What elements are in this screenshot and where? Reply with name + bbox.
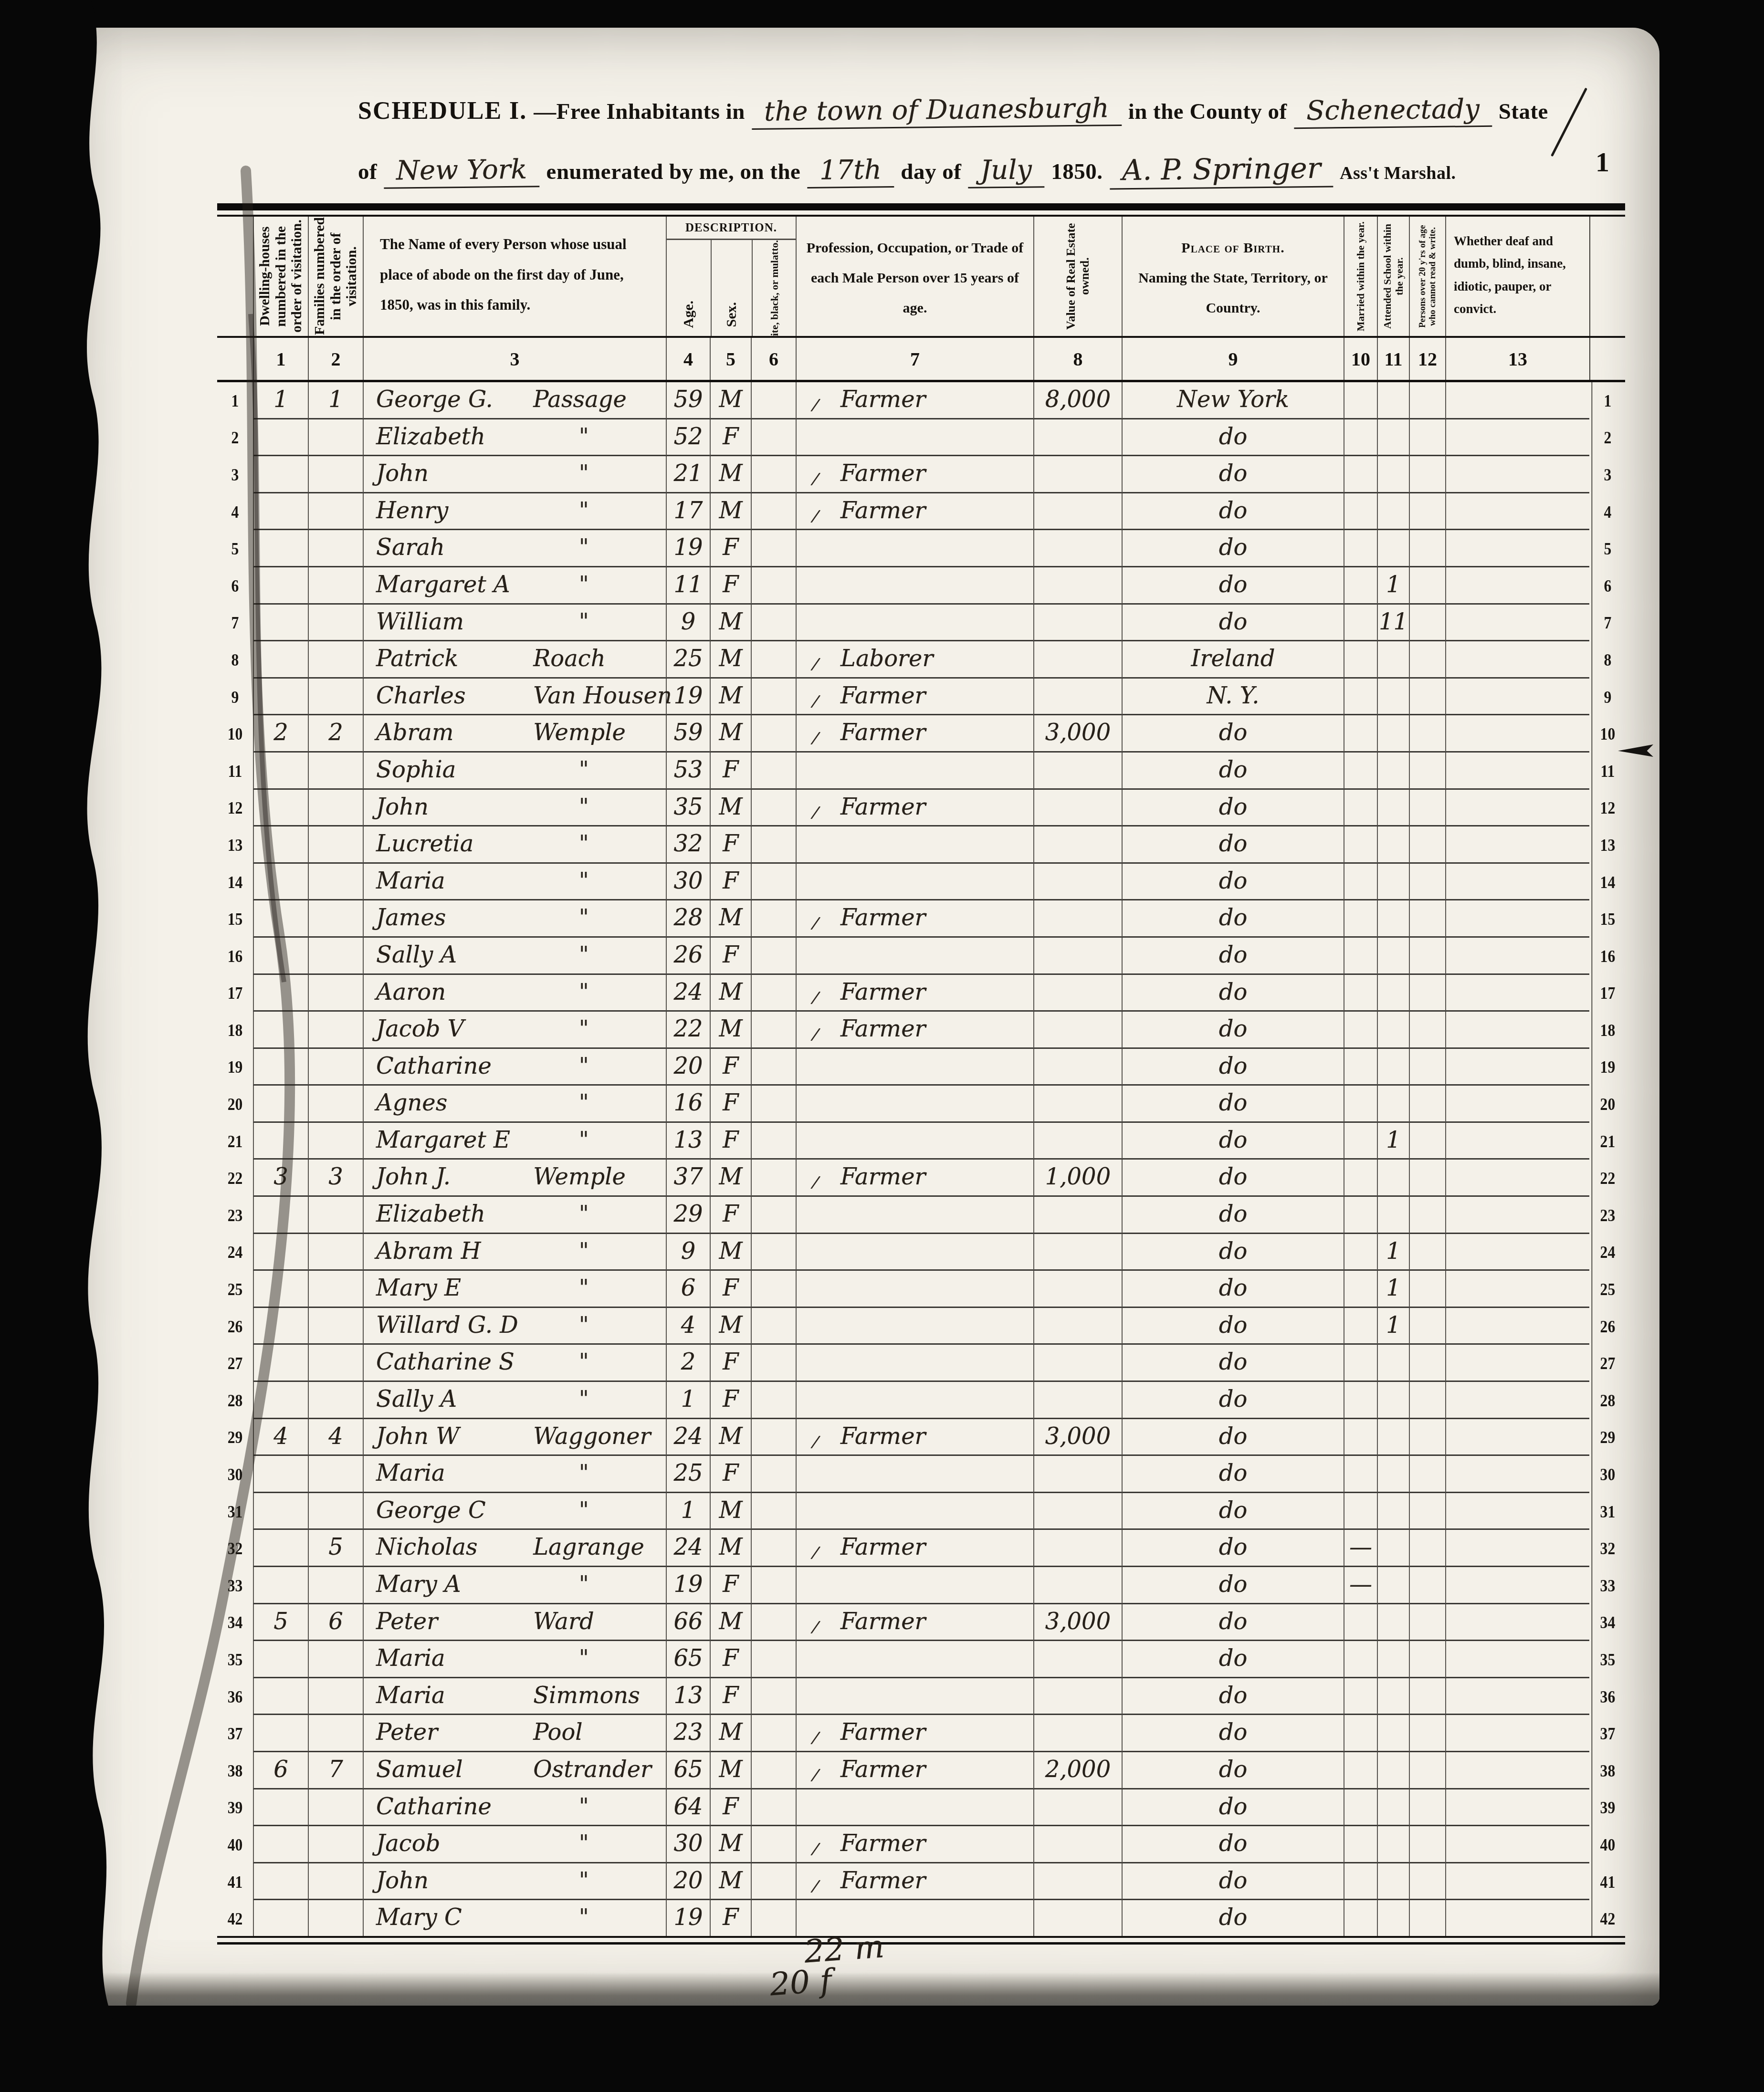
- row-number-right: 20: [1592, 1086, 1623, 1123]
- dwelling-number: 5: [253, 1604, 308, 1642]
- given-name: Catharine: [364, 1789, 533, 1825]
- birthplace-value: do: [1122, 1567, 1344, 1604]
- name-cell: Willard G. D ": [363, 1308, 666, 1345]
- row-number-right: 41: [1592, 1863, 1623, 1901]
- real-estate-value: [1033, 790, 1122, 827]
- color-cell: [751, 1863, 796, 1901]
- table-row: 23 Elizabeth " 29 F do 23: [217, 1197, 1625, 1234]
- family-number: 5: [308, 1530, 363, 1567]
- age-value: 19: [666, 1900, 710, 1937]
- dwelling-number: [253, 1271, 308, 1308]
- occupation-value: [796, 530, 1033, 567]
- condition-cell: [1445, 975, 1589, 1012]
- age-value: 66: [666, 1604, 710, 1642]
- surname: Van Housen: [533, 679, 672, 714]
- illiterate-cell: [1409, 1456, 1445, 1493]
- sex-value: M: [710, 493, 751, 531]
- sex-value: M: [710, 900, 751, 938]
- condition-cell: [1445, 1308, 1589, 1345]
- given-name: Henry: [364, 493, 533, 529]
- occupation-value: [796, 419, 1033, 457]
- illiterate-cell: [1409, 715, 1445, 753]
- dwelling-number: [253, 641, 308, 679]
- family-number: [308, 530, 363, 567]
- occupation-value: [796, 1789, 1033, 1827]
- color-cell: [751, 679, 796, 716]
- birthplace-value: do: [1122, 900, 1344, 938]
- real-estate-value: [1033, 605, 1122, 642]
- surname: ": [533, 938, 666, 973]
- real-estate-value: [1033, 1271, 1122, 1308]
- illiterate-cell: [1409, 1160, 1445, 1197]
- real-estate-value: [1033, 1456, 1122, 1493]
- gutter-num: [217, 338, 253, 380]
- school-mark: [1377, 1641, 1409, 1678]
- family-number: [308, 1567, 363, 1604]
- name-cell: Jacob V ": [363, 1012, 666, 1049]
- col-num-10: 10: [1344, 338, 1377, 380]
- given-name: Margaret E: [364, 1123, 533, 1159]
- married-mark: [1344, 900, 1377, 938]
- school-mark: [1377, 1382, 1409, 1419]
- married-mark: [1344, 1049, 1377, 1086]
- occupation-value: Farmer: [796, 900, 1033, 938]
- married-mark: [1344, 1419, 1377, 1456]
- married-mark: [1344, 1604, 1377, 1642]
- table-row: 14 Maria " 30 F do 14: [217, 864, 1625, 901]
- birthplace-value: do: [1122, 1530, 1344, 1567]
- school-mark: [1377, 826, 1409, 864]
- color-cell: [751, 605, 796, 642]
- dwelling-number: [253, 753, 308, 790]
- occupation-value: [796, 1493, 1033, 1530]
- school-mark: [1377, 530, 1409, 567]
- dwelling-number: [253, 1308, 308, 1345]
- row-number-left: 29: [220, 1419, 251, 1456]
- age-value: 26: [666, 938, 710, 975]
- birthplace-value: do: [1122, 1160, 1344, 1197]
- sex-value: M: [710, 1604, 751, 1642]
- given-name: Patrick: [364, 641, 533, 677]
- sex-value: F: [710, 753, 751, 790]
- school-mark: 11: [1377, 605, 1409, 642]
- occupation-value: Farmer: [796, 1752, 1033, 1789]
- table-row: 20 Agnes " 16 F do 20: [217, 1086, 1625, 1123]
- row-number-right: 22: [1592, 1160, 1623, 1197]
- family-number: [308, 493, 363, 531]
- color-cell: [751, 1234, 796, 1271]
- illiterate-cell: [1409, 1715, 1445, 1752]
- family-number: [308, 1493, 363, 1530]
- given-name: Abram H: [364, 1234, 533, 1270]
- real-estate-value: [1033, 938, 1122, 975]
- condition-cell: [1445, 1493, 1589, 1530]
- row-number-right: 15: [1592, 900, 1623, 938]
- married-mark: [1344, 1752, 1377, 1789]
- name-cell: William ": [363, 605, 666, 642]
- color-cell: [751, 1456, 796, 1493]
- color-cell: [751, 1604, 796, 1642]
- real-estate-value: [1033, 1530, 1122, 1567]
- color-cell: [751, 753, 796, 790]
- real-estate-value: 8,000: [1033, 382, 1122, 419]
- table-row: 39 Catharine " 64 F do 39: [217, 1789, 1625, 1827]
- table-row: 34 5 6 Peter Ward 66 M Farmer 3,000 do 3…: [217, 1604, 1625, 1642]
- married-mark: [1344, 1012, 1377, 1049]
- row-number-left: 37: [220, 1715, 251, 1752]
- col-header-condition: Whether deaf and dumb, blind, insane, id…: [1445, 217, 1589, 336]
- color-cell: [751, 1900, 796, 1937]
- married-mark: [1344, 938, 1377, 975]
- age-value: 22: [666, 1012, 710, 1049]
- school-mark: [1377, 1715, 1409, 1752]
- dwelling-number: [253, 826, 308, 864]
- family-number: [308, 1382, 363, 1419]
- given-name: Mary C: [364, 1900, 533, 1936]
- illiterate-cell: [1409, 1530, 1445, 1567]
- condition-cell: [1445, 1604, 1589, 1642]
- name-cell: Maria ": [363, 1456, 666, 1493]
- name-cell: Catharine ": [363, 1789, 666, 1827]
- row-number-right: 42: [1592, 1900, 1623, 1937]
- condition-cell: [1445, 493, 1589, 531]
- row-number-left: 22: [220, 1160, 251, 1197]
- real-estate-value: [1033, 1900, 1122, 1937]
- real-estate-value: [1033, 1086, 1122, 1123]
- surname: ": [533, 1345, 666, 1381]
- name-cell: Elizabeth ": [363, 1197, 666, 1234]
- row-number-right: 1: [1592, 382, 1623, 419]
- occupation-value: [796, 605, 1033, 642]
- row-number-right: 35: [1592, 1641, 1623, 1678]
- illiterate-cell: [1409, 1752, 1445, 1789]
- sex-value: M: [710, 1493, 751, 1530]
- illiterate-cell: [1409, 1197, 1445, 1234]
- name-cell: John ": [363, 790, 666, 827]
- real-estate-value: 2,000: [1033, 1752, 1122, 1789]
- illiterate-cell: [1409, 1049, 1445, 1086]
- birthplace-value: do: [1122, 1234, 1344, 1271]
- dwelling-number: [253, 864, 308, 901]
- age-value: 1: [666, 1493, 710, 1530]
- illiterate-cell: [1409, 1826, 1445, 1863]
- married-mark: [1344, 456, 1377, 493]
- color-cell: [751, 1086, 796, 1123]
- condition-cell: [1445, 1197, 1589, 1234]
- row-number-left: 17: [220, 975, 251, 1012]
- col-header-occupation: Profession, Occupation, or Trade of each…: [796, 217, 1033, 336]
- row-number-left: 19: [220, 1049, 251, 1086]
- married-mark: [1344, 1715, 1377, 1752]
- surname: ": [533, 605, 666, 640]
- sex-value: F: [710, 1456, 751, 1493]
- surname: ": [533, 1197, 666, 1233]
- sex-value: M: [710, 975, 751, 1012]
- row-number-right: 21: [1592, 1123, 1623, 1160]
- birthplace-value: do: [1122, 826, 1344, 864]
- family-number: [308, 975, 363, 1012]
- table-row: 32 5 Nicholas Lagrange 24 M Farmer do — …: [217, 1530, 1625, 1567]
- birthplace-value: do: [1122, 1197, 1344, 1234]
- row-number-right: 37: [1592, 1715, 1623, 1752]
- surname: Lagrange: [533, 1530, 666, 1566]
- age-value: 19: [666, 1567, 710, 1604]
- real-estate-value: [1033, 641, 1122, 679]
- row-number-left: 14: [220, 864, 251, 901]
- illiterate-cell: [1409, 1012, 1445, 1049]
- birthplace-value: do: [1122, 1086, 1344, 1123]
- description-group: DESCRIPTION. Age. Sex. Color, { White, b…: [666, 217, 796, 336]
- table-row: 8 Patrick Roach 25 M Laborer Ireland 8: [217, 641, 1625, 679]
- row-number-left: 31: [220, 1493, 251, 1530]
- illiterate-cell: [1409, 1419, 1445, 1456]
- school-mark: [1377, 790, 1409, 827]
- table-row: 30 Maria " 25 F do 30: [217, 1456, 1625, 1493]
- surname: Pool: [533, 1715, 666, 1751]
- surname: ": [533, 1493, 666, 1529]
- real-estate-value: [1033, 1863, 1122, 1901]
- real-estate-value: [1033, 900, 1122, 938]
- dwelling-number: [253, 1567, 308, 1604]
- sex-value: M: [710, 790, 751, 827]
- school-mark: [1377, 493, 1409, 531]
- dwelling-number: [253, 900, 308, 938]
- given-name: Maria: [364, 1678, 533, 1714]
- table-row: 12 John " 35 M Farmer do 12: [217, 790, 1625, 827]
- dwelling-number: [253, 975, 308, 1012]
- surname: ": [533, 790, 666, 826]
- sex-value: F: [710, 1678, 751, 1715]
- row-number-left: 30: [220, 1456, 251, 1493]
- table-row: 26 Willard G. D " 4 M do 1 26: [217, 1308, 1625, 1345]
- condition-cell: [1445, 419, 1589, 457]
- school-mark: [1377, 1493, 1409, 1530]
- married-mark: [1344, 790, 1377, 827]
- color-cell: [751, 419, 796, 457]
- given-name: Mary E: [364, 1271, 533, 1307]
- row-number-left: 32: [220, 1530, 251, 1567]
- name-cell: Nicholas Lagrange: [363, 1530, 666, 1567]
- occupation-value: [796, 1382, 1033, 1419]
- row-number-left: 4: [220, 493, 251, 531]
- surname: Roach: [533, 641, 666, 677]
- school-mark: [1377, 1419, 1409, 1456]
- birthplace-value: do: [1122, 753, 1344, 790]
- family-number: 3: [308, 1160, 363, 1197]
- occupation-value: [796, 1641, 1033, 1678]
- married-mark: [1344, 382, 1377, 419]
- dwelling-number: 3: [253, 1160, 308, 1197]
- name-cell: John J. Wemple: [363, 1160, 666, 1197]
- row-number-left: 34: [220, 1604, 251, 1642]
- real-estate-value: [1033, 1345, 1122, 1382]
- school-mark: [1377, 938, 1409, 975]
- family-number: 6: [308, 1604, 363, 1642]
- condition-cell: [1445, 1160, 1589, 1197]
- name-cell: Catharine ": [363, 1049, 666, 1086]
- row-number-right: 13: [1592, 826, 1623, 864]
- sex-value: M: [710, 641, 751, 679]
- age-value: 20: [666, 1049, 710, 1086]
- name-cell: Sally A ": [363, 938, 666, 975]
- condition-cell: [1445, 1641, 1589, 1678]
- real-estate-value: [1033, 975, 1122, 1012]
- age-value: 16: [666, 1086, 710, 1123]
- name-cell: Patrick Roach: [363, 641, 666, 679]
- name-cell: Margaret A ": [363, 567, 666, 605]
- condition-cell: [1445, 1789, 1589, 1827]
- row-number-left: 23: [220, 1197, 251, 1234]
- col-header-color: Color, { White, black, or mulatto.: [752, 240, 796, 336]
- illiterate-cell: [1409, 530, 1445, 567]
- given-name: William: [364, 605, 533, 640]
- birthplace-value: do: [1122, 567, 1344, 605]
- col-header-birth: Place of Birth. Naming the State, Territ…: [1122, 217, 1344, 336]
- table-row: 18 Jacob V " 22 M Farmer do 18: [217, 1012, 1625, 1049]
- dwelling-number: [253, 419, 308, 457]
- illiterate-cell: [1409, 1234, 1445, 1271]
- married-mark: [1344, 605, 1377, 642]
- sex-value: F: [710, 1086, 751, 1123]
- condition-cell: [1445, 790, 1589, 827]
- occupation-value: Farmer: [796, 1419, 1033, 1456]
- surname: ": [533, 1012, 666, 1047]
- given-name: Aaron: [364, 975, 533, 1011]
- family-number: [308, 753, 363, 790]
- color-cell: [751, 1826, 796, 1863]
- row-number-right: 2: [1592, 419, 1623, 457]
- row-number-right: 31: [1592, 1493, 1623, 1530]
- illiterate-cell: [1409, 826, 1445, 864]
- row-number-right: 38: [1592, 1752, 1623, 1789]
- real-estate-value: [1033, 530, 1122, 567]
- dwelling-number: [253, 605, 308, 642]
- row-number-left: 25: [220, 1271, 251, 1308]
- col-header-name: The Name of every Person whose usual pla…: [363, 217, 666, 336]
- title-text-2: in the County of: [1128, 99, 1287, 125]
- handwritten-state: New York: [384, 154, 540, 188]
- table-row: 10 2 2 Abram Wemple 59 M Farmer 3,000 do…: [217, 715, 1625, 753]
- condition-cell: [1445, 715, 1589, 753]
- row-number-left: 16: [220, 938, 251, 975]
- condition-cell: [1445, 605, 1589, 642]
- school-mark: [1377, 1789, 1409, 1827]
- illiterate-cell: [1409, 900, 1445, 938]
- col-header-age: Age.: [667, 240, 711, 336]
- row-number-left: 6: [220, 567, 251, 605]
- school-mark: [1377, 1678, 1409, 1715]
- given-name: George C: [364, 1493, 533, 1529]
- school-mark: [1377, 975, 1409, 1012]
- age-value: 25: [666, 1456, 710, 1493]
- birthplace-value: do: [1122, 493, 1344, 531]
- sex-value: M: [710, 382, 751, 419]
- surname: ": [533, 975, 666, 1011]
- age-value: 24: [666, 1419, 710, 1456]
- school-mark: 1: [1377, 1234, 1409, 1271]
- family-number: [308, 938, 363, 975]
- row-number-right: 11: [1592, 753, 1623, 790]
- married-mark: [1344, 975, 1377, 1012]
- condition-cell: [1445, 1271, 1589, 1308]
- surname: ": [533, 456, 666, 492]
- married-mark: [1344, 679, 1377, 716]
- table-row: 40 Jacob " 30 M Farmer do 40: [217, 1826, 1625, 1863]
- real-estate-value: [1033, 1789, 1122, 1827]
- age-value: 6: [666, 1271, 710, 1308]
- age-value: 17: [666, 493, 710, 531]
- age-value: 53: [666, 753, 710, 790]
- real-estate-value: [1033, 1012, 1122, 1049]
- illiterate-cell: [1409, 1086, 1445, 1123]
- table-row: 3 John " 21 M Farmer do 3: [217, 456, 1625, 493]
- sex-value: F: [710, 1641, 751, 1678]
- birthplace-value: do: [1122, 1752, 1344, 1789]
- age-value: 37: [666, 1160, 710, 1197]
- illiterate-cell: [1409, 1789, 1445, 1827]
- birthplace-value: do: [1122, 1863, 1344, 1901]
- row-number-left: 38: [220, 1752, 251, 1789]
- col-header-school: Attended School within the year.: [1377, 217, 1409, 336]
- name-cell: Catharine S ": [363, 1345, 666, 1382]
- real-estate-value: [1033, 1197, 1122, 1234]
- gutter-header-right: [1589, 217, 1625, 336]
- name-cell: Mary A ": [363, 1567, 666, 1604]
- birthplace-value: do: [1122, 1012, 1344, 1049]
- family-number: [308, 605, 363, 642]
- sex-value: F: [710, 864, 751, 901]
- illiterate-cell: [1409, 456, 1445, 493]
- given-name: Sally A: [364, 1382, 533, 1418]
- col-header-dwelling: Dwelling-houses numbered in the order of…: [253, 217, 308, 336]
- family-number: [308, 1123, 363, 1160]
- school-mark: [1377, 864, 1409, 901]
- occupation-value: [796, 826, 1033, 864]
- col-num-12: 12: [1409, 338, 1445, 380]
- school-mark: [1377, 1826, 1409, 1863]
- birthplace-value: do: [1122, 1678, 1344, 1715]
- dwelling-number: 2: [253, 715, 308, 753]
- occupation-value: [796, 1345, 1033, 1382]
- given-name: John: [364, 1863, 533, 1899]
- school-mark: [1377, 1012, 1409, 1049]
- real-estate-value: [1033, 456, 1122, 493]
- condition-cell: [1445, 1752, 1589, 1789]
- surname: ": [533, 1789, 666, 1825]
- table-row: 2 Elizabeth " 52 F do 2: [217, 419, 1625, 457]
- dwelling-number: [253, 1678, 308, 1715]
- color-cell: [751, 1345, 796, 1382]
- dwelling-number: [253, 1234, 308, 1271]
- birthplace-value: do: [1122, 530, 1344, 567]
- given-name: Peter: [364, 1604, 533, 1640]
- birthplace-value: do: [1122, 790, 1344, 827]
- col-num-8: 8: [1033, 338, 1122, 380]
- age-value: 29: [666, 1197, 710, 1234]
- given-name: Maria: [364, 1641, 533, 1677]
- row-number-right: 19: [1592, 1049, 1623, 1086]
- sex-value: M: [710, 1419, 751, 1456]
- surname: ": [533, 900, 666, 936]
- table-row: 41 John " 20 M Farmer do 41: [217, 1863, 1625, 1901]
- condition-cell: [1445, 1049, 1589, 1086]
- illiterate-cell: [1409, 1308, 1445, 1345]
- row-number-left: 10: [220, 715, 251, 753]
- illiterate-cell: [1409, 1271, 1445, 1308]
- row-number-right: 7: [1592, 605, 1623, 642]
- table-row: 7 William " 9 M do 11 7: [217, 605, 1625, 642]
- col-header-married: Married within the year.: [1344, 217, 1377, 336]
